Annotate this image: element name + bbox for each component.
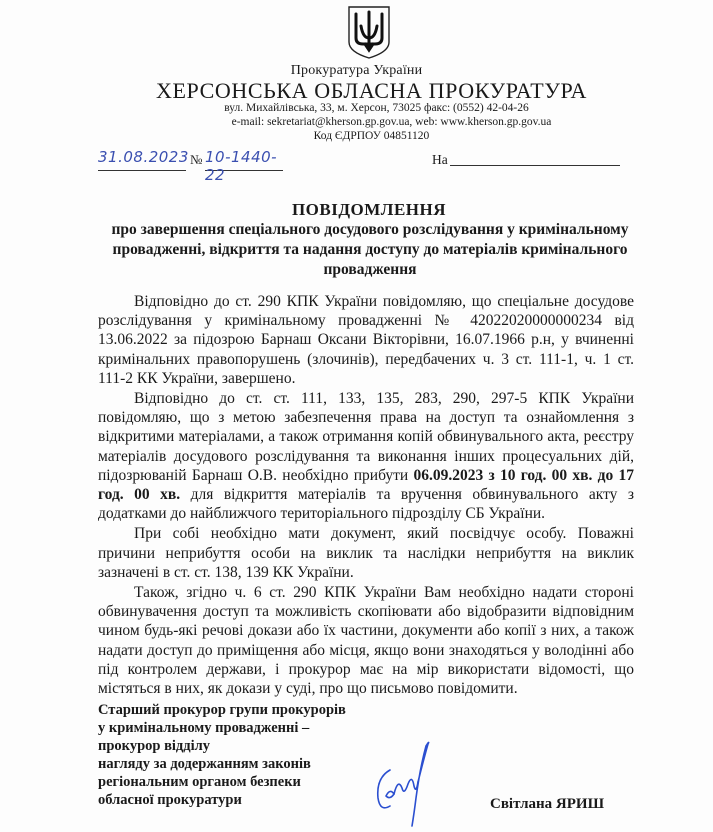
- org-name: Прокуратура України: [0, 63, 713, 79]
- registration-date: 31.08.2023: [98, 148, 186, 171]
- paragraph: Також, згідно ч. 6 ст. 290 КПК України В…: [98, 583, 634, 698]
- recipient-ref-label: На: [432, 152, 448, 174]
- paragraph: При собі необхідно мати документ, який п…: [98, 524, 634, 582]
- signer-position: Старший прокурор групи прокурорів у крим…: [98, 701, 398, 809]
- registration-number-label: №: [190, 152, 202, 174]
- document-body: Відповідно до ст. 290 КПК України повідо…: [98, 292, 634, 699]
- recipient-ref-blank: [450, 165, 620, 166]
- signer-position-line: у кримінальному провадженні –: [98, 719, 398, 737]
- signer-position-line: Старший прокурор групи прокурорів: [98, 701, 398, 719]
- org-address: вул. Михайлівська, 33, м. Херсон, 73025 …: [0, 102, 713, 114]
- paragraph: Відповідно до ст. 290 КПК України повідо…: [98, 292, 634, 388]
- signer-position-line: регіональним органом безпеки: [98, 773, 398, 791]
- signer-position-line: прокурор відділу: [98, 737, 398, 755]
- org-contacts: e-mail: sekretariat@kherson.gp.gov.ua, w…: [0, 116, 713, 128]
- handwritten-signature-icon: [372, 738, 432, 828]
- signer-position-line: обласної прокуратури: [98, 791, 398, 809]
- org-title: ХЕРСОНСЬКА ОБЛАСНА ПРОКУРАТУРА: [0, 78, 713, 104]
- org-code: Код ЄДРПОУ 04851120: [0, 130, 713, 142]
- signer-name: Світлана ЯРИШ: [490, 796, 604, 813]
- registration-number: 10-1440-22: [205, 148, 283, 171]
- document-title: ПОВІДОМЛЕННЯ: [0, 200, 713, 220]
- document-page: Прокуратура України ХЕРСОНСЬКА ОБЛАСНА П…: [0, 0, 713, 832]
- signer-position-line: нагляду за додержанням законів: [98, 755, 398, 773]
- trident-emblem-icon: [343, 4, 395, 60]
- paragraph: Відповідно до ст. ст. 111, 133, 135, 283…: [98, 389, 634, 523]
- document-subtitle: про завершення спеціального досудового р…: [105, 220, 635, 280]
